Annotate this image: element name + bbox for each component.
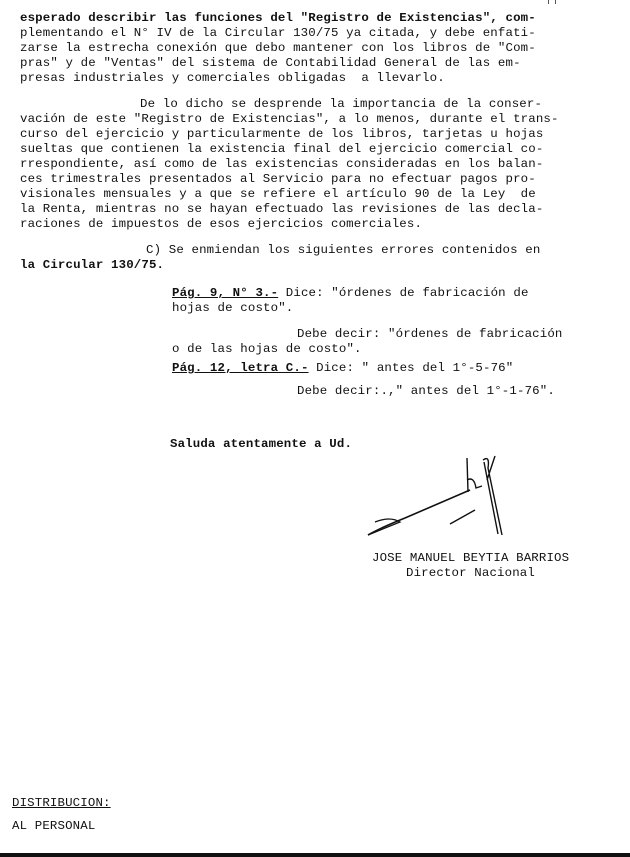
text-line: presas industriales y comerciales obliga… (20, 71, 445, 86)
text-line: la Circular 130/75. (20, 258, 164, 273)
handwritten-signature (360, 450, 520, 540)
text-line: pras" y de "Ventas" del sistema de Conta… (20, 56, 521, 71)
text-line: plementando el N° IV de la Circular 130/… (20, 26, 536, 41)
distribution-value: AL PERSONAL (12, 819, 95, 834)
correction-ref: Pág. 12, letra C.- (172, 361, 309, 375)
text-line: hojas de costo". (172, 301, 293, 316)
correction-text: Dice: "órdenes de fabricación de (278, 286, 528, 300)
text-line: vación de este "Registro de Existencias"… (20, 112, 559, 127)
correction-1-debe: Debe decir: "órdenes de fabricación (297, 327, 563, 342)
distribution-label: DISTRIBUCION: (12, 796, 111, 811)
text-line: C) Se enmiendan los siguientes errores c… (146, 243, 540, 258)
text-line: esperado describir las funciones del "Re… (20, 11, 536, 26)
signatory-name: JOSE MANUEL BEYTIA BARRIOS (372, 551, 569, 566)
text-line: ces trimestrales presentados al Servicio… (20, 172, 536, 187)
correction-2-dice: Pág. 12, letra C.- Dice: " antes del 1°-… (172, 361, 513, 376)
correction-1-dice: Pág. 9, N° 3.- Dice: "órdenes de fabrica… (172, 286, 529, 301)
correction-ref: Pág. 9, N° 3.- (172, 286, 278, 300)
text-line: raciones de impuestos de esos ejercicios… (20, 217, 422, 232)
text-line: o de las hojas de costo". (172, 342, 362, 357)
signatory-title: Director Nacional (406, 566, 535, 581)
closing-greeting: Saluda atentamente a Ud. (170, 437, 352, 452)
text-line: sueltas que contienen la existencia fina… (20, 142, 543, 157)
text-line: rrespondiente, así como de las existenci… (20, 157, 543, 172)
text-line: la Renta, mientras no se hayan efectuado… (20, 202, 543, 217)
text-line: curso del ejercicio y particularmente de… (20, 127, 543, 142)
scan-bottom-edge (0, 853, 630, 857)
text-line: visionales mensuales y a que se refiere … (20, 187, 536, 202)
page-edge-mark (548, 0, 556, 4)
correction-text: Dice: " antes del 1°-5-76" (309, 361, 514, 375)
correction-2-debe: Debe decir:.," antes del 1°-1-76". (297, 384, 555, 399)
text-line: De lo dicho se desprende la importancia … (140, 97, 542, 112)
text-line: zarse la estrecha conexión que debo mant… (20, 41, 536, 56)
